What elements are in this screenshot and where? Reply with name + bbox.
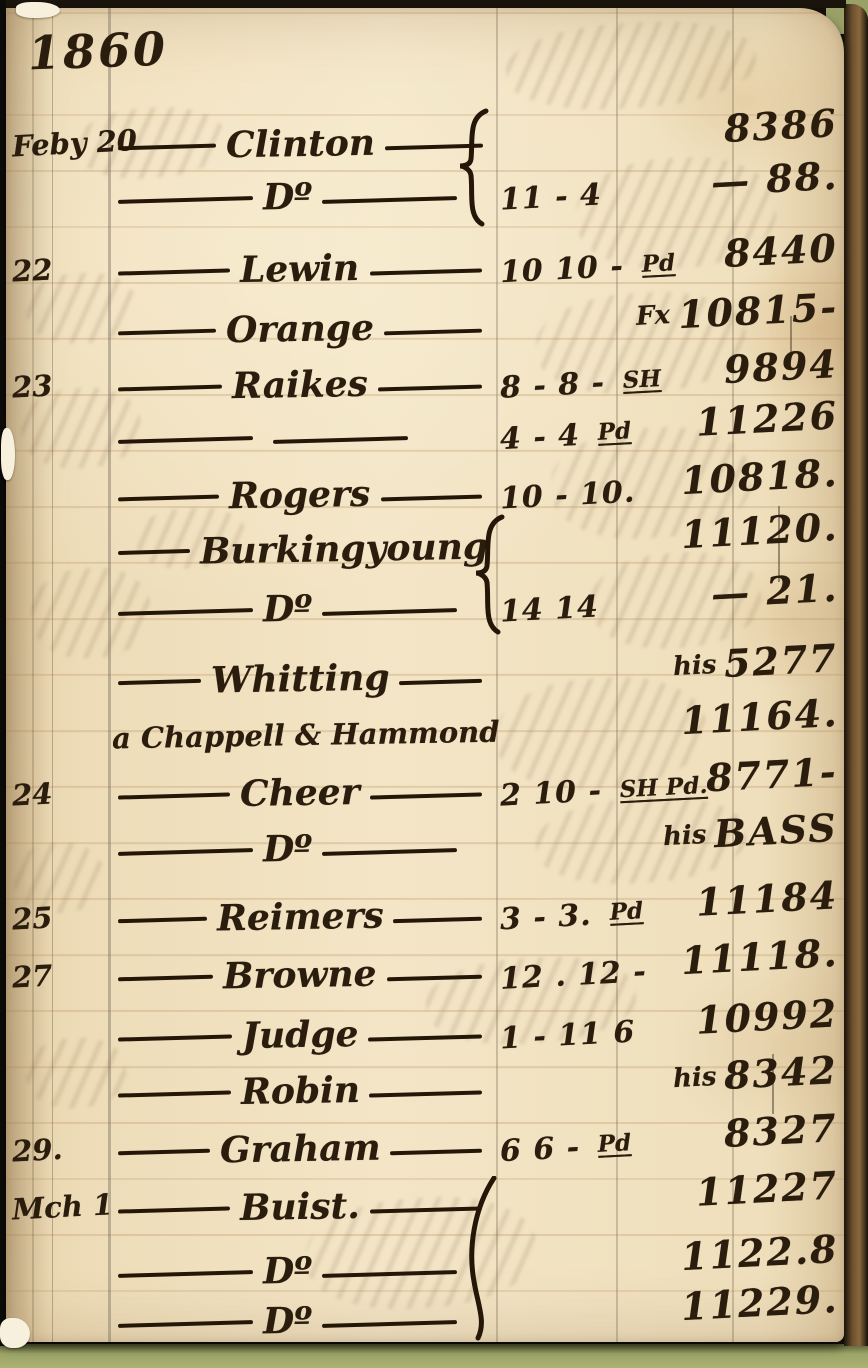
entry-name: Rogers xyxy=(227,465,373,526)
entry-value-group: 8440 xyxy=(528,228,838,286)
page-year-heading: 1860 xyxy=(27,22,169,81)
entry-value-group: his8342 xyxy=(528,1050,838,1108)
entry-number: 11118. xyxy=(679,930,839,983)
entry-number: 8327 xyxy=(723,1105,839,1156)
entry-name: Dº xyxy=(260,580,314,639)
entry-date xyxy=(11,298,110,361)
ink-dash xyxy=(384,329,482,335)
entry-value-group: 11227 xyxy=(528,1166,838,1224)
entry-name-group xyxy=(110,408,490,466)
entry-number: 10992 xyxy=(695,990,839,1042)
entry-number: 11184 xyxy=(695,872,839,924)
ink-dash xyxy=(118,608,253,615)
ink-dash xyxy=(118,679,201,685)
entry-date: 24 xyxy=(11,762,110,825)
entry-date xyxy=(11,166,110,229)
ink-dash xyxy=(381,495,482,501)
entry-number: — 88. xyxy=(710,153,840,205)
entry-name-group: Burkingyoung xyxy=(110,520,490,578)
entry-name: Reimers xyxy=(214,887,386,948)
entry-prefix: his xyxy=(662,820,707,852)
entry-number: 8386 xyxy=(723,100,839,151)
entry-name-group: Dº xyxy=(110,1292,490,1342)
entry-name: Buist. xyxy=(238,1177,363,1237)
entry-name-group: Judge xyxy=(110,1006,490,1064)
entry-date: 27 xyxy=(11,944,110,1007)
ink-dash xyxy=(322,608,457,615)
ink-dash xyxy=(384,144,482,150)
entry-number: 11229. xyxy=(679,1276,839,1329)
ledger-entry-row: DºhisBASS xyxy=(6,820,844,878)
entry-value-group: 10818. xyxy=(528,454,838,512)
ink-dash xyxy=(118,1091,231,1098)
entry-name: a Chappell & Hammond xyxy=(110,703,502,768)
ink-dash xyxy=(118,793,230,800)
entry-name-group: Browne xyxy=(110,946,490,1004)
entry-number: 8440 xyxy=(723,225,839,276)
ink-dash xyxy=(118,917,207,923)
ink-dash xyxy=(322,1270,457,1277)
entry-prefix: his xyxy=(672,650,717,682)
entry-value-group: — 21. xyxy=(528,568,838,626)
ink-dash xyxy=(322,848,457,855)
entry-name-group: Lewin xyxy=(110,240,490,298)
entry-value-group: Fx10815- xyxy=(528,288,838,346)
ink-dash xyxy=(370,793,482,800)
ink-dash xyxy=(393,917,482,923)
entry-name: Robin xyxy=(238,1061,362,1121)
entry-name: Cheer xyxy=(238,763,363,823)
entry-number: 5277 xyxy=(723,635,839,686)
ink-dash xyxy=(118,385,222,391)
ink-dash xyxy=(118,1207,230,1214)
entry-name: Lewin xyxy=(238,239,362,299)
entry-value-group: 11226 xyxy=(528,396,838,454)
ink-dash xyxy=(118,1149,210,1155)
ink-dash xyxy=(118,1035,232,1042)
torn-paper-chip xyxy=(16,2,60,18)
entry-date: Mch 1 xyxy=(11,1176,110,1239)
ink-dash xyxy=(118,848,253,855)
entry-value-group: 8327 xyxy=(528,1108,838,1166)
ink-dash xyxy=(273,436,408,443)
entry-number: 11164. xyxy=(679,690,839,743)
ink-dash xyxy=(118,144,216,150)
entry-name-group: Dº xyxy=(110,580,490,638)
ink-dash xyxy=(118,196,253,203)
ink-dash xyxy=(118,495,219,501)
entry-date xyxy=(11,818,110,881)
torn-paper-chip xyxy=(1,428,15,480)
entry-name-group: Whitting xyxy=(110,650,490,708)
ink-dash xyxy=(387,975,482,981)
ink-dash xyxy=(370,1207,482,1214)
ink-dash xyxy=(118,1270,253,1277)
entry-date: 25 xyxy=(11,886,110,949)
entry-date: 22 xyxy=(11,238,110,301)
entry-date xyxy=(11,406,110,469)
entry-value-group: hisBASS xyxy=(528,808,838,866)
entry-name: Judge xyxy=(239,1005,360,1065)
entry-prefix: his xyxy=(672,1062,717,1094)
entry-value-group: — 88. xyxy=(528,156,838,214)
entry-value-group: 8386 xyxy=(528,103,838,161)
entry-name: Dº xyxy=(260,1292,314,1342)
entry-date xyxy=(11,464,110,527)
ink-dash xyxy=(368,1035,482,1042)
ink-dash xyxy=(118,269,231,276)
entry-number: 11227 xyxy=(695,1162,839,1214)
entry-number: 8771- xyxy=(705,749,839,801)
entry-name-group: Graham xyxy=(110,1120,490,1178)
entry-value-group: his5277 xyxy=(528,638,838,696)
ink-dash xyxy=(118,975,213,981)
entry-number: 8342 xyxy=(723,1047,839,1098)
entry-value-group: 8771- xyxy=(528,752,838,810)
entry-name: Raikes xyxy=(230,355,371,415)
book-cover-edge xyxy=(844,4,868,1346)
ledger-page-scan: 1860 Feby 20Clinton8386Dº11 - 4— 88.22Le… xyxy=(0,0,868,1368)
entry-value-group: 11120. xyxy=(528,508,838,566)
entry-name-group: Reimers xyxy=(110,888,490,946)
entry-date xyxy=(11,648,110,711)
entry-date: 29. xyxy=(11,1118,110,1181)
ledger-entry-row: Dº14 14— 21. xyxy=(6,580,844,638)
torn-paper-chip xyxy=(0,1318,30,1348)
entry-value-group: 11118. xyxy=(528,934,838,992)
ink-dash xyxy=(118,329,216,335)
entry-value-group: 11184 xyxy=(528,876,838,934)
entry-name-group: Orange xyxy=(110,300,490,358)
entry-number: BASS xyxy=(713,805,839,856)
entry-date xyxy=(11,1004,110,1067)
entry-prefix: Fx xyxy=(635,300,670,332)
entry-number: 9894 xyxy=(723,341,839,392)
table-backdrop xyxy=(0,1344,868,1368)
ledger-entry-row: Mch 1Buist.11227 xyxy=(6,1178,844,1236)
ink-dash xyxy=(118,436,253,443)
entry-number: 10818. xyxy=(679,450,839,503)
entry-name: Graham xyxy=(217,1119,383,1180)
ink-dash xyxy=(118,549,190,555)
ink-dash xyxy=(118,1320,253,1327)
ledger-paper: 1860 Feby 20Clinton8386Dº11 - 4— 88.22Le… xyxy=(6,8,844,1342)
ink-dash xyxy=(369,1091,482,1098)
ink-dash xyxy=(322,1320,457,1327)
entry-name-group: Cheer xyxy=(110,764,490,822)
entry-name-group: Raikes xyxy=(110,356,490,414)
entry-name: Whitting xyxy=(208,648,392,709)
entry-number: 10815- xyxy=(677,284,839,337)
entry-name-group: Rogers xyxy=(110,466,490,524)
page-top-shadow xyxy=(0,0,846,8)
entry-value-group: 9894 xyxy=(528,344,838,402)
entry-date xyxy=(11,704,110,767)
entry-number: 11120. xyxy=(679,504,839,557)
entry-date xyxy=(11,518,110,581)
entry-value-group: 10992 xyxy=(528,994,838,1052)
entry-name: Dº xyxy=(260,168,314,227)
entry-name-group: Buist. xyxy=(110,1178,490,1236)
ink-dash xyxy=(390,1149,482,1155)
entry-name: Burkingyoung xyxy=(198,517,491,580)
entry-number: 1122.8 xyxy=(679,1226,839,1279)
entry-date xyxy=(11,578,110,641)
entry-name-group: a Chappell & Hammond xyxy=(110,706,490,764)
entry-name: Clinton xyxy=(223,114,377,175)
ink-dash xyxy=(322,196,457,203)
entry-name-group: Dº xyxy=(110,820,490,878)
entry-name: Orange xyxy=(224,299,377,360)
entry-value-group: 11229. xyxy=(528,1280,838,1338)
entry-name-group: Dº xyxy=(110,168,490,226)
show-through-smudge xyxy=(503,14,758,116)
entry-name: Dº xyxy=(260,820,314,879)
entry-name-group: Clinton xyxy=(110,115,490,173)
ledger-entry-row: Dº11229. xyxy=(6,1292,844,1342)
ink-dash xyxy=(399,679,482,685)
entry-value-group: 11164. xyxy=(528,694,838,752)
ink-dash xyxy=(378,385,482,391)
entry-name: Browne xyxy=(221,945,379,1006)
ink-dash xyxy=(370,269,483,276)
entry-number: 11226 xyxy=(695,392,839,444)
entry-date xyxy=(11,1060,110,1123)
entry-number: — 21. xyxy=(710,565,840,617)
ledger-entry-row: Dº11 - 4— 88. xyxy=(6,168,844,226)
entry-name-group: Robin xyxy=(110,1062,490,1120)
